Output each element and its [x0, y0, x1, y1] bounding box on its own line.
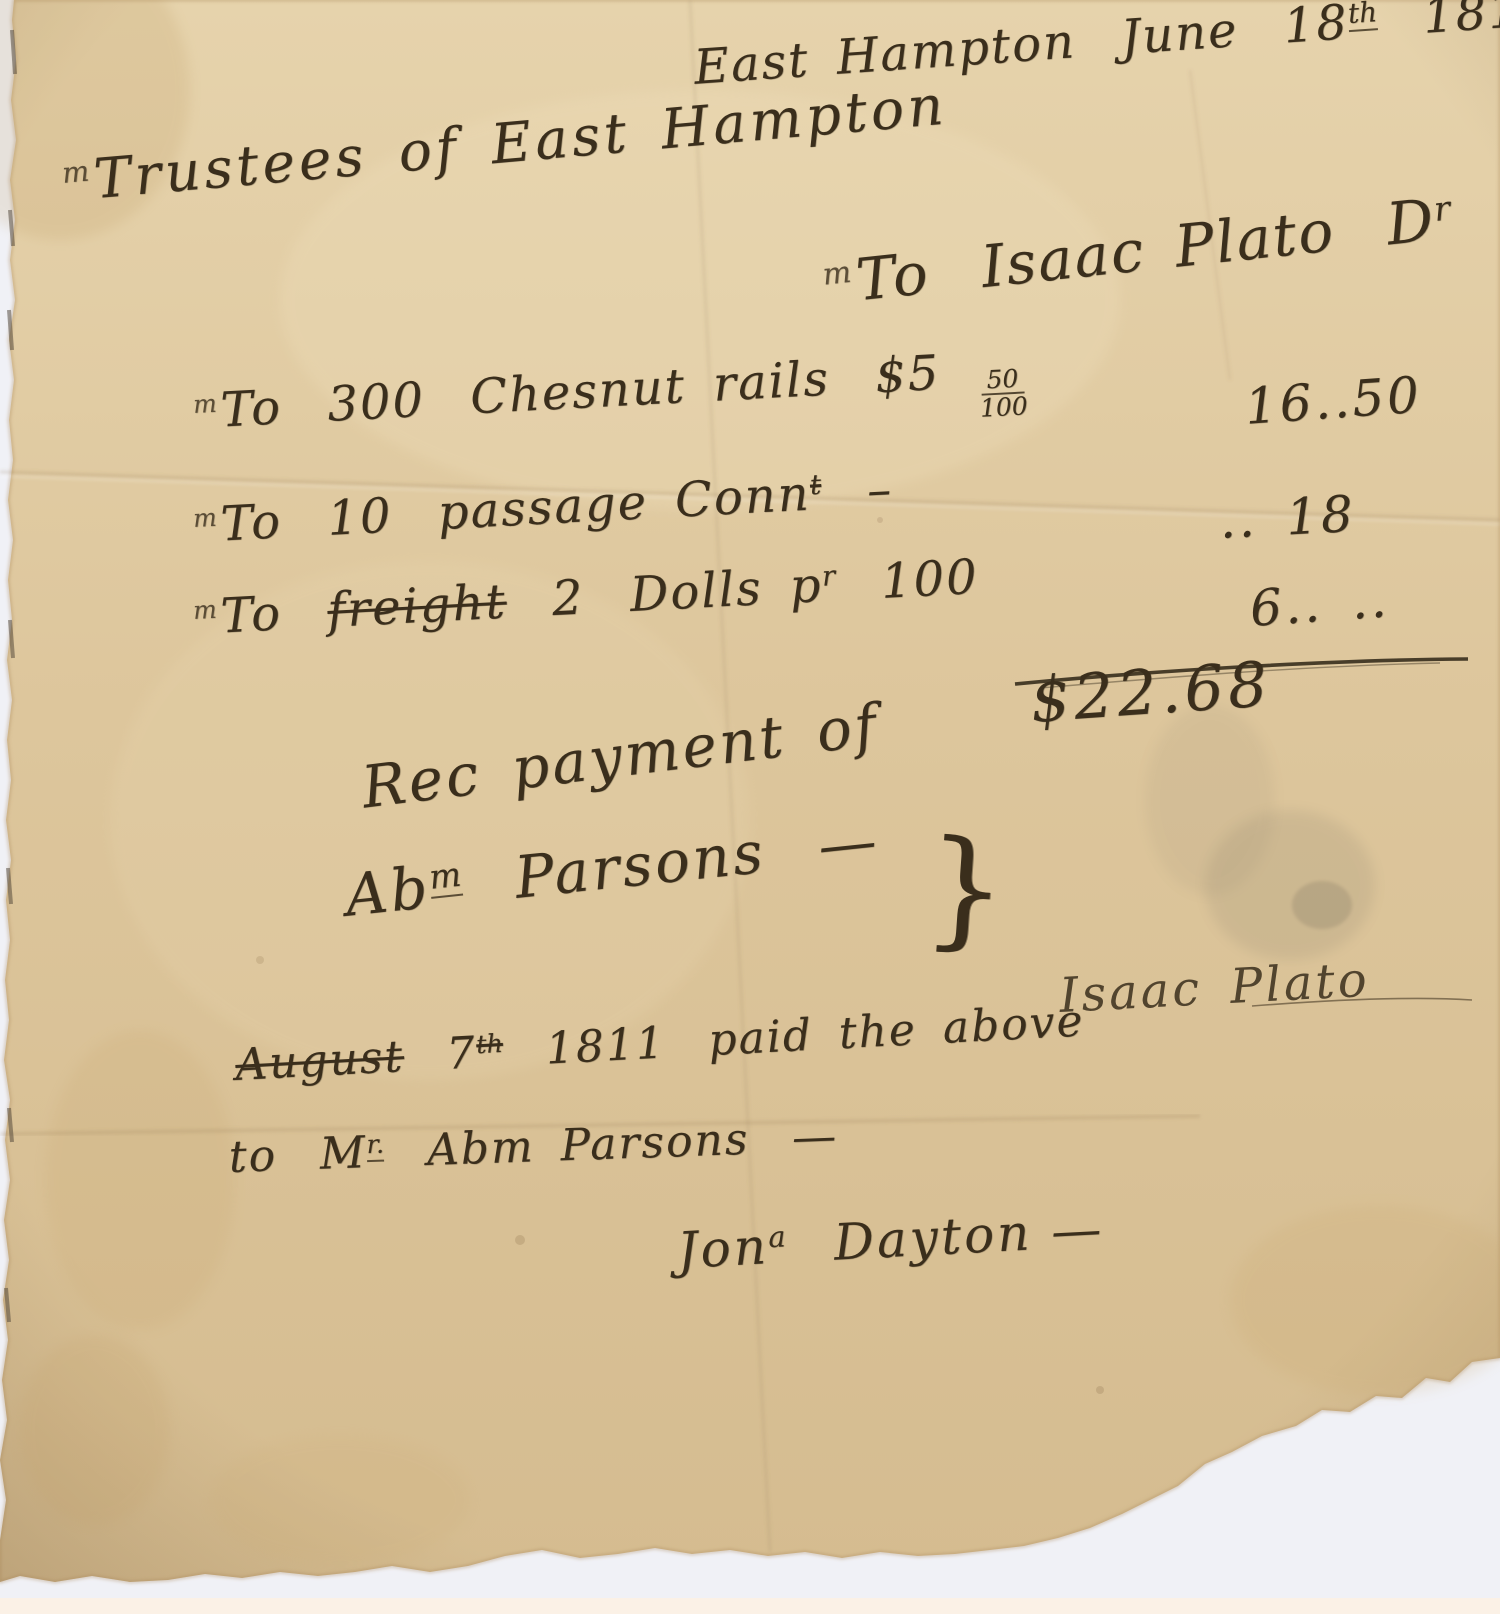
flourish-mark: m [192, 502, 217, 532]
amount-value: 6.. .. [1248, 570, 1391, 638]
item-to: To [219, 493, 283, 552]
signature-text: Isaac Plato [1058, 952, 1371, 1024]
year-text: 1811 [1421, 0, 1500, 45]
witness-prefix: Jon [676, 1217, 770, 1280]
addressee-text: Trustees of East Hampton [91, 73, 949, 211]
debtor-name: Isaac Plato [978, 196, 1338, 301]
brace-glyph: } [920, 812, 1014, 966]
receipt-text: Rec payment of [358, 691, 883, 822]
total-amount: 22.68 [1071, 647, 1273, 734]
item-to: To [219, 379, 283, 438]
witness-dash: — [1050, 1200, 1106, 1261]
item-row-1-description: mTo 300 Chesnut rails $5 50100 [192, 340, 1030, 463]
amount-value: 16..50 [1243, 366, 1424, 436]
receipt-line-2: Abm Parsons — [342, 806, 883, 930]
fraction-denominator: 100 [977, 393, 1030, 422]
paid-to: to [228, 1130, 278, 1183]
paid-year: 1811 [545, 1017, 667, 1074]
payee-honorific-suffix: r. [366, 1130, 385, 1163]
currency-symbol: $ [1028, 661, 1076, 737]
item-unit: 100 [880, 549, 980, 610]
debtor-line: mTo Isaac Plato Dr [820, 184, 1455, 318]
item-quantity: 300 [326, 372, 426, 433]
payee-name: Abm Parsons [426, 1114, 750, 1176]
payer-name-prefix: Ab [342, 853, 434, 930]
item-description: Dolls p [628, 557, 823, 623]
payer-name-superscript: m [427, 854, 463, 898]
item-quantity: 2 [551, 570, 586, 628]
paid-note-line-2: to Mr. Abm Parsons — [228, 1111, 839, 1183]
payer-name-rest: Parsons [511, 818, 768, 912]
flourish-mark: m [821, 255, 853, 293]
day-text: 18 [1282, 0, 1351, 55]
month-text: June [1119, 2, 1240, 66]
item-to: To [219, 585, 283, 644]
item-struck-word: freight [326, 574, 508, 639]
item-price: $5 [874, 345, 942, 404]
item-row-3-amount: 6.. .. [1248, 570, 1391, 638]
witness-superscript: a [767, 1219, 786, 1254]
day-ordinal-suffix: th [1347, 0, 1378, 32]
item-quantity: 10 [326, 488, 394, 547]
paid-day: 7 [445, 1027, 478, 1080]
receipt-dash: — [815, 806, 883, 880]
debtor-abbrev-suffix: r [1432, 189, 1452, 229]
receipt-brace: } [920, 812, 1014, 966]
item-row-2-amount: .. 18 [1218, 485, 1357, 550]
item-description-suffix: r [821, 559, 836, 593]
witness-surname: Dayton [832, 1203, 1033, 1271]
paid-day-suffix: th [475, 1029, 503, 1060]
handwriting-layer: East Hampton June 18th 1811 mTrustees of… [0, 0, 1500, 1614]
flourish-mark: m [61, 154, 91, 190]
paid-text: paid the above [707, 996, 1086, 1067]
debtor-to: To [853, 239, 933, 314]
addressee-line: mTrustees of East Hampton [60, 73, 950, 214]
seller-signature: Isaac Plato [1058, 952, 1371, 1024]
total-line: $22.68 [1028, 647, 1273, 737]
debtor-abbrev: D [1383, 186, 1438, 259]
paid-month: August [234, 1031, 405, 1091]
item-row-1-amount: 16..50 [1243, 366, 1424, 436]
item-dash: – [866, 461, 895, 518]
receipt-line-1: Rec payment of [358, 691, 883, 822]
item-description: passage Conn [436, 466, 811, 541]
witness-signature: Jona Dayton— [676, 1200, 1106, 1280]
item-description: Chesnut rails [469, 351, 831, 426]
item-row-3-description: mTo freight 2 Dolls pr 100 [192, 549, 980, 646]
scanned-receipt-document: East Hampton June 18th 1811 mTrustees of… [0, 0, 1500, 1614]
payee-honorific: M [319, 1127, 368, 1180]
paid-dash: — [791, 1111, 839, 1164]
amount-value: .. 18 [1218, 485, 1357, 550]
date-line: East Hampton June 18th 1811 [692, 0, 1500, 96]
item-price-fraction: 50100 [976, 365, 1030, 422]
item-row-2-description: mTo 10 passage Connt – [192, 461, 894, 554]
item-description-suffix: t [809, 468, 822, 502]
flourish-mark: m [192, 388, 217, 418]
paid-note-line-1: August 7th 1811 paid the above [234, 996, 1086, 1091]
flourish-mark: m [192, 594, 217, 624]
